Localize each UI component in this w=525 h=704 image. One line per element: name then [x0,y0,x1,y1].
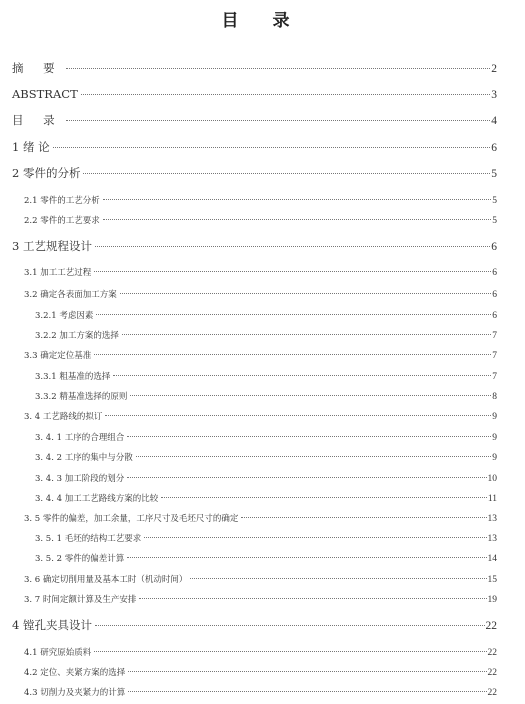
toc-entry-page: 8 [492,392,497,402]
dot-leader [128,691,486,692]
dot-leader [113,375,491,376]
toc-entry-label: 摘 要 [12,60,63,76]
toc-entry-label: 3.3 确定定位基准 [24,349,91,361]
toc-entry-page: 15 [488,575,498,585]
toc-entry-page: 10 [488,474,498,484]
toc-entry-3-7[interactable]: 3. 7 时间定额计算及生产安排19 [24,593,497,605]
dot-leader [139,598,486,599]
toc-entry-page: 5 [492,196,497,206]
toc-entry-label: 3. 5. 1 毛坯的结构工艺要求 [35,532,141,544]
toc-entry-page: 22 [488,688,498,698]
toc-entry-label: 3. 4. 2 工序的集中与分散 [35,451,133,463]
dot-leader [120,293,492,294]
toc-entry-chapter-3[interactable]: 3 工艺规程设计6 [12,238,497,254]
toc-entry-3-3[interactable]: 3.3 确定定位基准7 [24,349,497,361]
toc-entry-label: 2.1 零件的工艺分析 [24,194,100,206]
toc-entry-page: 7 [492,351,497,361]
toc-entry-page: 22 [488,668,498,678]
toc-entry-label: 3. 5 零件的偏差，加工余量，工序尺寸及毛坯尺寸的确定 [24,512,238,524]
dot-leader [127,557,486,558]
toc-entry-2-1[interactable]: 2.1 零件的工艺分析5 [24,194,497,206]
toc-entry-label: 1 绪 论 [12,139,50,155]
dot-leader [144,537,486,538]
toc-entry-3-6[interactable]: 3. 6 确定切削用量及基本工时（机动时间）15 [24,573,497,585]
toc-entry-page: 19 [488,595,498,605]
toc-entry-abstract-cn[interactable]: 摘 要2 [12,60,497,76]
toc-entry-label: 2 零件的分析 [12,165,80,181]
dot-leader [241,517,486,518]
dot-leader [66,68,491,69]
toc-entry-3-3-1[interactable]: 3.3.1 粗基准的选择7 [35,370,497,382]
toc-entry-3-4[interactable]: 3. 4 工艺路线的拟订9 [24,410,497,422]
toc-entry-3-2-1[interactable]: 3.2.1 考虑因素6 [35,309,497,321]
dot-leader [83,173,490,174]
dot-leader [190,578,486,579]
toc-entry-label: 3.2.2 加工方案的选择 [35,329,119,341]
dot-leader [128,671,486,672]
toc-entry-page: 4 [491,115,497,127]
toc-entry-label: 4.1 研究原始质料 [24,646,91,658]
toc-entry-3-4-2[interactable]: 3. 4. 2 工序的集中与分散9 [35,451,497,463]
toc-entry-chapter-4[interactable]: 4 镗孔夹具设计22 [12,617,497,633]
toc-entry-chapter-2[interactable]: 2 零件的分析5 [12,165,497,181]
toc-entry-4-1[interactable]: 4.1 研究原始质料22 [24,646,497,658]
dot-leader [95,246,490,247]
toc-entry-page: 3 [491,89,497,101]
toc-entry-label: 4 镗孔夹具设计 [12,617,92,633]
toc-entry-label: 目 录 [12,112,63,128]
page-title: 目 录 [0,6,525,31]
toc-entry-page: 9 [492,433,497,443]
dot-leader [95,625,485,626]
toc-entry-4-2[interactable]: 4.2 定位、夹紧方案的选择22 [24,666,497,678]
toc-entry-label: 3. 7 时间定额计算及生产安排 [24,593,136,605]
toc-entry-page: 14 [488,554,498,564]
toc-entry-label: 3. 4 工艺路线的拟订 [24,410,102,422]
toc-entry-page: 6 [491,241,497,253]
toc-entry-label: 4.3 切削力及夹紧力的计算 [24,686,125,698]
toc-entry-page: 9 [492,453,497,463]
toc-entry-page: 6 [491,142,497,154]
toc-entry-page: 5 [491,168,497,180]
toc-entry-abstract-en[interactable]: ABSTRACT3 [12,87,497,101]
dot-leader [136,456,492,457]
toc-entry-3-4-4[interactable]: 3. 4. 4 加工工艺路线方案的比较11 [35,492,497,504]
toc-entry-3-5-2[interactable]: 3. 5. 2 零件的偏差计算14 [35,552,497,564]
dot-leader [161,497,487,498]
dot-leader [53,147,491,148]
toc-entry-page: 9 [492,412,497,422]
toc-entry-label: 3.1 加工工艺过程 [24,266,91,278]
toc-entry-label: 3.3.1 粗基准的选择 [35,370,110,382]
toc-entry-3-2-2[interactable]: 3.2.2 加工方案的选择7 [35,329,497,341]
toc-entry-page: 22 [488,648,498,658]
toc-entry-chapter-1[interactable]: 1 绪 论6 [12,139,497,155]
dot-leader [94,354,491,355]
toc-entry-page: 7 [492,372,497,382]
toc-entry-3-5-1[interactable]: 3. 5. 1 毛坯的结构工艺要求13 [35,532,497,544]
dot-leader [105,415,491,416]
toc-entry-label: 3. 4. 1 工序的合理组合 [35,431,124,443]
toc-entry-label: 3.3.2 精基准选择的原则 [35,390,127,402]
dot-leader [103,219,492,220]
toc-entry-3-1[interactable]: 3.1 加工工艺过程6 [24,266,497,278]
toc-entry-contents[interactable]: 目 录4 [12,112,497,128]
toc-entry-page: 7 [492,331,497,341]
toc-entry-page: 5 [492,216,497,226]
toc-entry-label: 3. 4. 4 加工工艺路线方案的比较 [35,492,158,504]
toc-entry-3-2[interactable]: 3.2 确定各表面加工方案6 [24,288,497,300]
toc-entry-label: 3.2 确定各表面加工方案 [24,288,117,300]
toc-entry-label: 2.2 零件的工艺要求 [24,214,100,226]
toc-entry-page: 13 [488,514,498,524]
toc-entry-page: 6 [492,268,497,278]
dot-leader [122,334,491,335]
toc-entry-label: 3. 6 确定切削用量及基本工时（机动时间） [24,573,187,585]
toc-entry-3-3-2[interactable]: 3.3.2 精基准选择的原则8 [35,390,497,402]
dot-leader [96,314,491,315]
toc-entry-page: 22 [486,620,498,632]
dot-leader [130,395,491,396]
toc-entry-label: 3. 5. 2 零件的偏差计算 [35,552,124,564]
dot-leader [127,477,486,478]
toc-entry-label: ABSTRACT [12,87,78,101]
toc-entry-page: 2 [491,63,497,75]
dot-leader [94,271,491,272]
dot-leader [81,94,491,95]
dot-leader [94,651,486,652]
dot-leader [66,120,491,121]
dot-leader [103,199,492,200]
toc-entry-3-4-3[interactable]: 3. 4. 3 加工阶段的划分10 [35,472,497,484]
dot-leader [127,436,491,437]
toc-entry-page: 6 [492,290,497,300]
toc-entry-2-2[interactable]: 2.2 零件的工艺要求5 [24,214,497,226]
toc-entry-page: 13 [488,534,498,544]
toc-entry-label: 3.2.1 考虑因素 [35,309,93,321]
toc-entry-page: 6 [492,311,497,321]
toc-entry-page: 11 [488,494,497,504]
toc-entry-3-5[interactable]: 3. 5 零件的偏差，加工余量，工序尺寸及毛坯尺寸的确定13 [24,512,497,524]
toc-entry-label: 4.2 定位、夹紧方案的选择 [24,666,125,678]
toc-entry-4-3[interactable]: 4.3 切削力及夹紧力的计算22 [24,686,497,698]
toc-entry-label: 3. 4. 3 加工阶段的划分 [35,472,124,484]
toc-entry-label: 3 工艺规程设计 [12,238,92,254]
toc-entry-3-4-1[interactable]: 3. 4. 1 工序的合理组合9 [35,431,497,443]
